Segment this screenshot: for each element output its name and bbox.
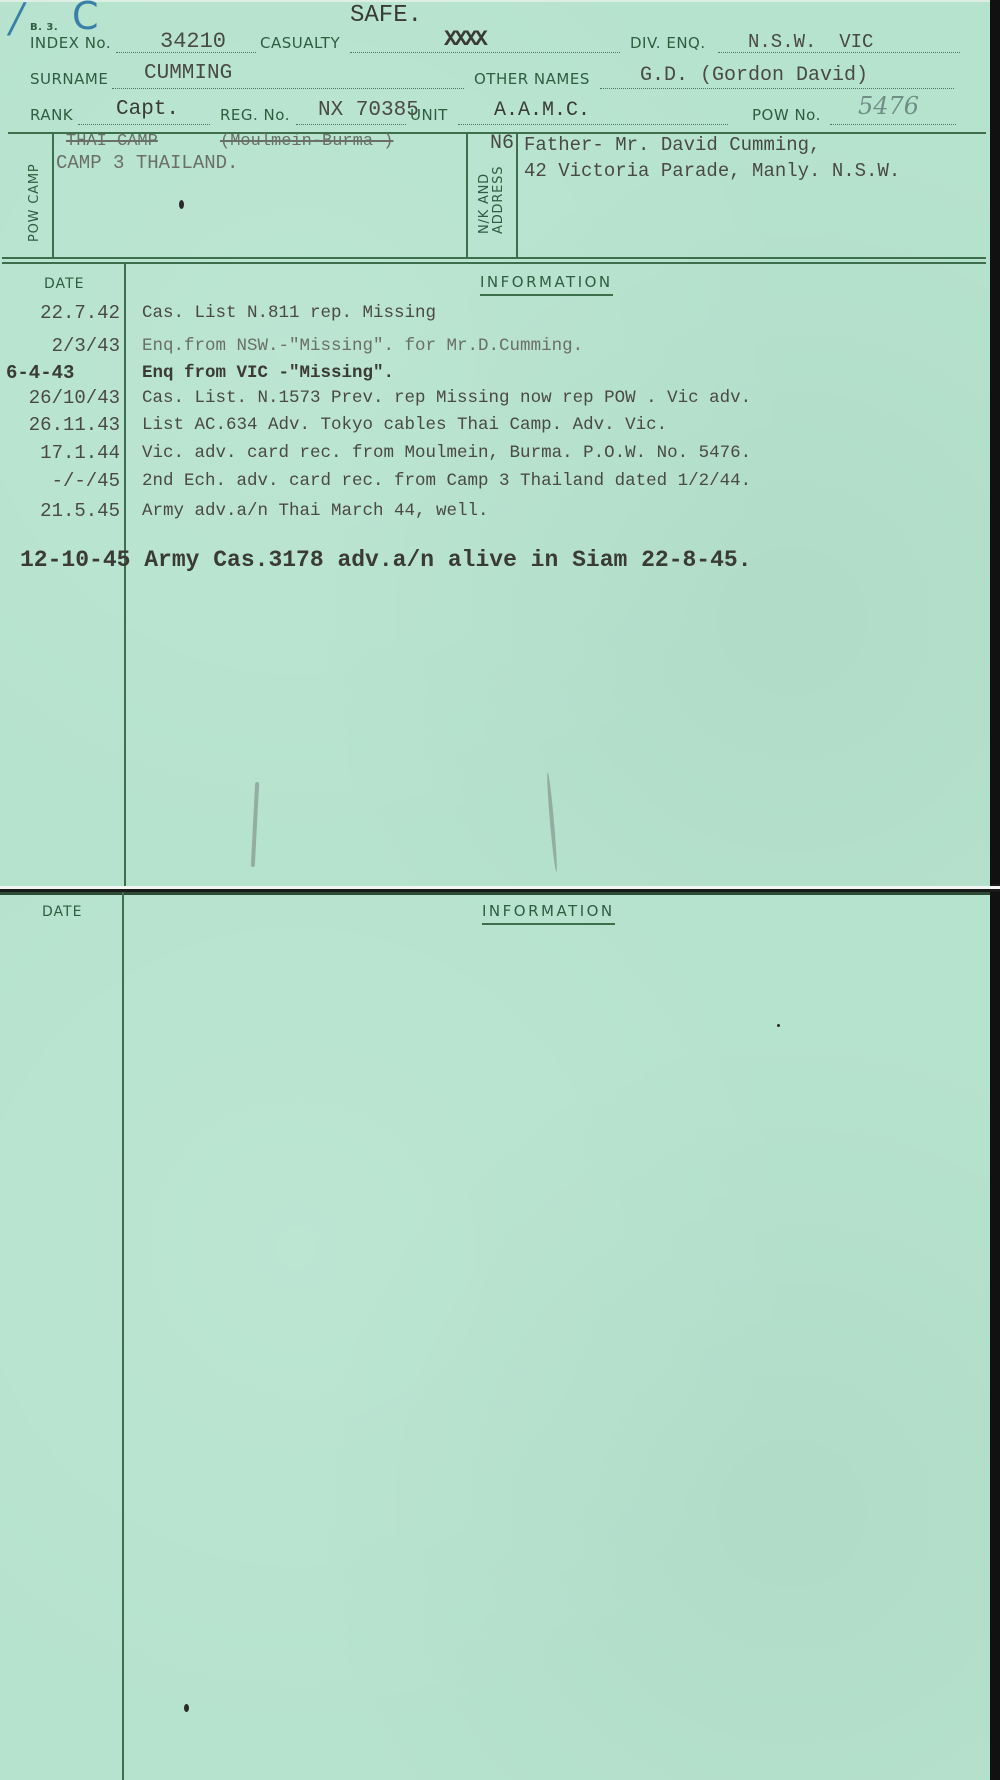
log-entry-date: 17.1.44	[2, 442, 120, 464]
nok-label: N/K AND ADDRESS	[478, 166, 506, 234]
card-edge-shadow	[990, 0, 1000, 884]
rank-label: RANK	[30, 106, 73, 124]
pow-camp-struck-2: (Moulmein-Burma )	[220, 132, 393, 151]
pencil-mark	[546, 772, 559, 872]
status-stamp: SAFE.	[350, 2, 422, 29]
box-bottom-border-1	[2, 257, 986, 259]
surname-value: CUMMING	[144, 62, 232, 85]
log-entry-date: 26/10/43	[2, 387, 120, 409]
unit-label: UNIT	[410, 106, 448, 124]
nok-label-divider	[516, 133, 518, 258]
paper-speck	[777, 1024, 780, 1027]
back-date-column-divider	[122, 892, 124, 1780]
log-entry-date: 26.11.43	[2, 414, 120, 436]
date-column-header: DATE	[44, 276, 84, 292]
card-edge-shadow	[990, 892, 1000, 1780]
pow-no-label: POW No.	[752, 106, 821, 124]
pow-no-value: 5476	[858, 92, 919, 120]
other-names-value: G.D. (Gordon David)	[640, 64, 868, 87]
back-information-column-header: INFORMATION	[482, 902, 615, 925]
nok-code: N6	[490, 132, 514, 155]
log-entry-info: Cas. List N.811 rep. Missing	[142, 303, 436, 323]
pow-camp-label-divider	[52, 133, 54, 258]
box-bottom-border-2	[2, 262, 986, 264]
reg-no-dotted-line	[296, 124, 406, 125]
paper-speck	[184, 1704, 189, 1712]
back-date-column-header: DATE	[42, 904, 82, 920]
final-log-entry: 12-10-45 Army Cas.3178 adv.a/n alive in …	[20, 547, 752, 573]
unit-dotted-line	[458, 124, 728, 125]
log-entry-info: 2nd Ech. adv. card rec. from Camp 3 Thai…	[142, 471, 751, 491]
back-card-top-edge	[0, 892, 990, 895]
date-column-divider	[124, 264, 126, 886]
paper-speck	[179, 200, 184, 209]
form-code: B. 3.	[30, 22, 58, 33]
nok-left-divider	[466, 133, 468, 258]
rank-value: Capt.	[116, 98, 179, 121]
log-entry-date: 22.7.42	[2, 302, 120, 324]
pow-camp-struck-1: THAI CAMP	[66, 132, 158, 151]
log-entry-date: -/-/45	[2, 470, 120, 492]
log-entry-date: 21.5.45	[2, 500, 120, 522]
casualty-value: XXXX	[444, 27, 485, 52]
index-no-label: INDEX No.	[30, 34, 111, 52]
div-enq-value: N.S.W. VIC	[748, 31, 873, 53]
log-entry-info: Enq from VIC -"Missing".	[142, 363, 394, 383]
other-names-dotted-line	[600, 88, 954, 89]
other-names-label: OTHER NAMES	[474, 70, 590, 88]
surname-label: SURNAME	[30, 70, 108, 88]
handwritten-c-mark: C	[72, 0, 99, 38]
nok-line-1: Father- Mr. David Cumming,	[524, 134, 820, 156]
log-entry-info: List AC.634 Adv. Tokyo cables Thai Camp.…	[142, 415, 667, 435]
handwritten-slash-mark: /	[10, 0, 23, 42]
casualty-label: CASUALTY	[260, 34, 340, 52]
pow-no-dotted-line	[830, 124, 956, 125]
rank-dotted-line	[78, 124, 210, 125]
record-card-back: DATE INFORMATION	[0, 892, 990, 1780]
log-entry-date: 6-4-43	[6, 362, 124, 384]
information-column-header: INFORMATION	[480, 273, 613, 296]
log-entry-info: Vic. adv. card rec. from Moulmein, Burma…	[142, 443, 751, 463]
nok-line-2: 42 Victoria Parade, Manly. N.S.W.	[524, 160, 900, 182]
surname-dotted-line	[112, 88, 464, 89]
log-entry-info: Army adv.a/n Thai March 44, well.	[142, 501, 489, 521]
reg-no-value: NX 70385	[318, 99, 419, 122]
pencil-mark	[251, 782, 259, 867]
pow-camp-value: CAMP 3 THAILAND.	[56, 152, 238, 174]
casualty-dotted-line	[350, 52, 620, 53]
reg-no-label: REG. No.	[220, 106, 290, 124]
card-separator	[0, 886, 1000, 889]
div-enq-label: DIV. ENQ.	[630, 34, 706, 52]
pow-camp-label: POW CAMP	[28, 164, 42, 242]
unit-value: A.A.M.C.	[494, 99, 590, 122]
log-entry-date: 2/3/43	[2, 335, 120, 357]
index-no-value: 34210	[160, 29, 226, 54]
record-card-front: / C B. 3. SAFE. INDEX No. 34210 CASUALTY…	[0, 0, 990, 886]
log-entry-info: Cas. List. N.1573 Prev. rep Missing now …	[142, 388, 751, 408]
log-entry-info: Enq.from NSW.-"Missing". for Mr.D.Cummin…	[142, 336, 583, 356]
